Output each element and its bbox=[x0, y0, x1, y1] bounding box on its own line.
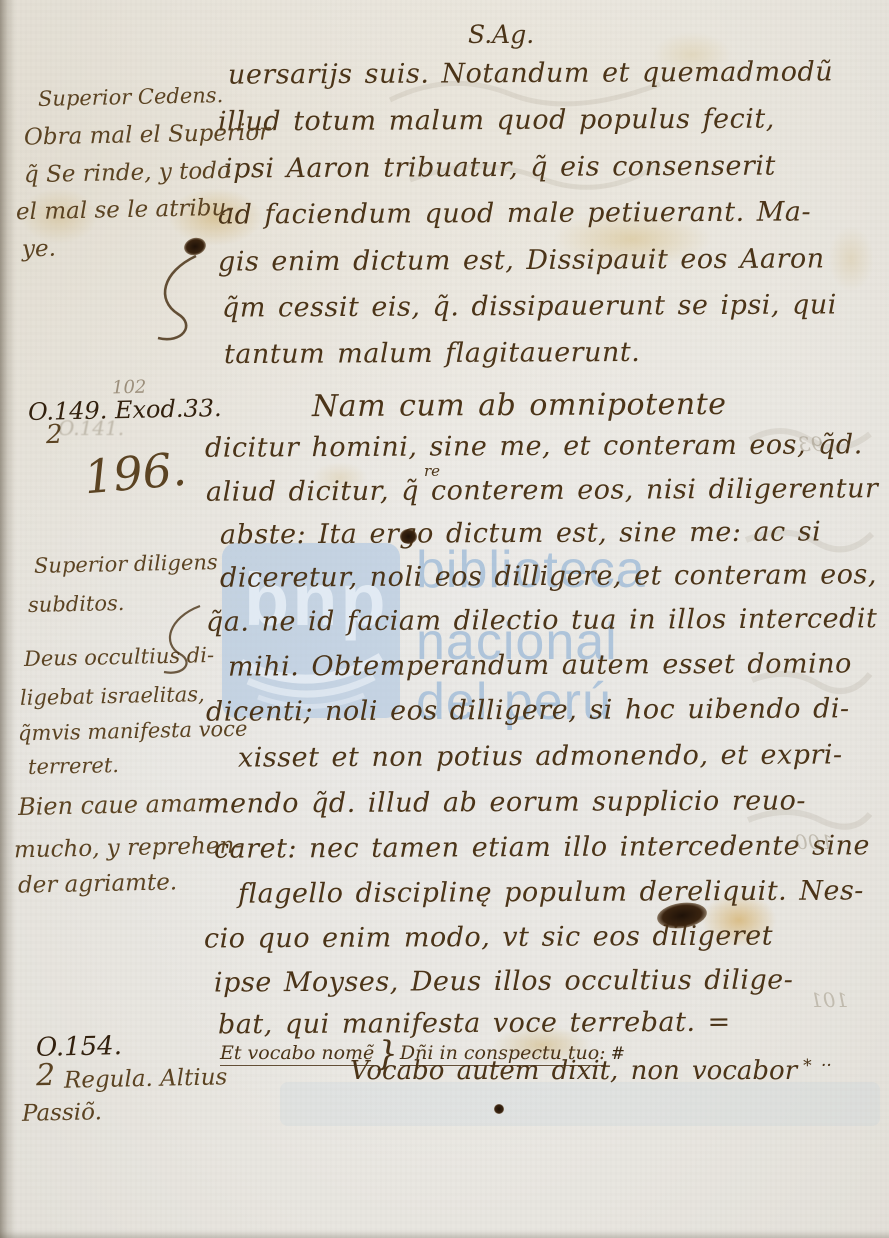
margin-note-line: Superior diligens bbox=[34, 550, 218, 578]
main-text-line: q̃m cessit eis, q̃. dissipauerunt se ips… bbox=[222, 289, 837, 323]
margin-note-line: q̃ Se rinde, y todo bbox=[24, 158, 231, 188]
bleed-number: 101 bbox=[810, 988, 848, 1012]
interlinear-correction: re bbox=[424, 462, 440, 480]
margin-note-line: Bien caue amar bbox=[18, 789, 209, 821]
margin-note-line: terreret. bbox=[28, 753, 119, 779]
verso-ghost-writing bbox=[740, 420, 880, 920]
asterisk-marks: * ·· bbox=[797, 1056, 832, 1076]
margin-note-line: subditos. bbox=[28, 591, 125, 617]
margin-note-line: el mal se le atribu- bbox=[16, 195, 235, 226]
main-text-line: ipse Moyses, Deus illos occultius dilige… bbox=[214, 964, 793, 998]
flourish-icon bbox=[156, 600, 206, 680]
binding-edge-shadow bbox=[0, 0, 16, 1238]
closing-text: Vocabo autem dixit, non vocabor bbox=[350, 1056, 797, 1086]
flourish-icon bbox=[148, 252, 208, 352]
page-title: S.Ag. bbox=[468, 20, 534, 49]
margin-note-line: Obra mal el Superior bbox=[24, 119, 271, 150]
ink-blot bbox=[400, 529, 417, 544]
margin-number-large: 196. bbox=[82, 442, 189, 505]
margin-note-line: Passiõ. bbox=[22, 1099, 102, 1127]
margin-number: 2 bbox=[36, 1058, 56, 1093]
margin-note-line: Superior Cedens. bbox=[38, 83, 224, 111]
watermark-band bbox=[280, 1082, 880, 1126]
main-text-line: gis enim dictum est, Dissipauit eos Aaro… bbox=[218, 243, 825, 277]
margin-note-line: mucho, y reprehen- bbox=[14, 833, 243, 864]
ink-dot bbox=[494, 1104, 504, 1114]
margin-note-line: der agriamte. bbox=[18, 869, 178, 898]
verso-ghost-writing bbox=[380, 60, 680, 220]
margin-note-line: ye. bbox=[22, 236, 56, 263]
manuscript-page: bnp biblioteca nacional del perú S.Ag. u… bbox=[0, 0, 889, 1238]
margin-note-line: Regula. Altius bbox=[64, 1064, 228, 1093]
closing-line: Vocabo autem dixit, non vocabor* ·· bbox=[350, 1056, 832, 1086]
main-text-line: mendo q̃d. illud ab eorum supplicio reuo… bbox=[204, 785, 806, 819]
bottom-edge-shadow bbox=[0, 1230, 889, 1238]
margin-note-line: ligebat israelitas, bbox=[20, 682, 205, 710]
main-text-line: Nam cum ab omnipotente bbox=[312, 387, 727, 424]
stain bbox=[828, 226, 874, 292]
margin-note-line: q̃mvis manifesta voce bbox=[18, 717, 248, 746]
bleed-citation: O.141. bbox=[58, 416, 124, 440]
main-text-line: abste: Ita ergo dictum est, sine me: ac … bbox=[220, 516, 821, 550]
main-text-line: tantum malum flagitauerunt. bbox=[224, 337, 640, 370]
